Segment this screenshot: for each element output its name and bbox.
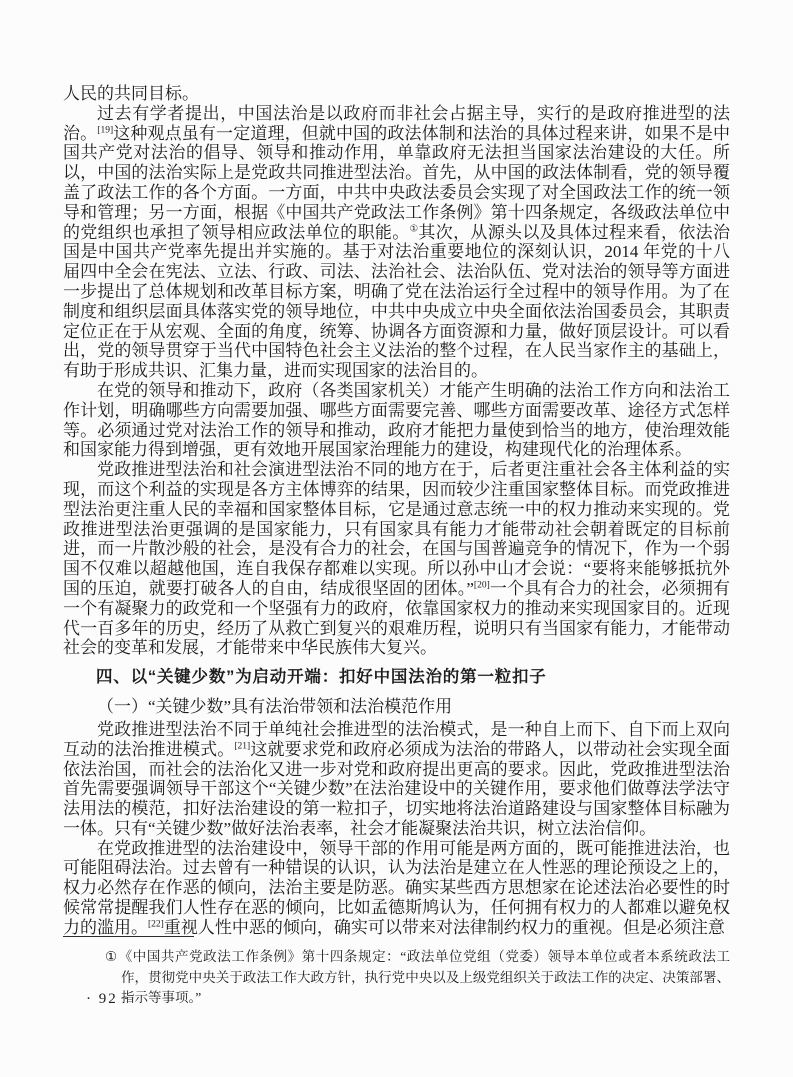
page-number: · 92 ·	[86, 991, 131, 1008]
footnote-area: ①《中国共产党政法工作条例》第十四条规定：“政法单位党组（党委）领导本单位或者本…	[63, 936, 730, 1009]
paragraph-continuation: 人民的共同目标。	[63, 84, 730, 104]
footnote-marker: ①	[105, 949, 118, 964]
paragraph: 党政推进型法治和社会演进型法治不同的地方在于，后者更注重社会各主体利益的实现，而…	[63, 460, 730, 658]
document-page: 人民的共同目标。 过去有学者提出，中国法治是以政府而非社会占据主导，实行的是政府…	[0, 0, 793, 1077]
section-heading: 四、以“关键少数”为启动开端：扣好中国法治的第一粒扣子	[63, 667, 730, 687]
paragraph: 在党的领导和推动下，政府（各类国家机关）才能产生明确的法治工作方向和法治工作计划…	[63, 381, 730, 460]
paragraph: 过去有学者提出，中国法治是以政府而非社会占据主导，实行的是政府推进型的法治。[1…	[63, 104, 730, 381]
paragraph: 在党政推进型的法治建设中，领导干部的作用可能是两方面的，既可能推进法治，也可能阻…	[63, 839, 730, 938]
footnote-ref: [21]	[234, 741, 250, 751]
footnote-ref: ①	[410, 224, 419, 234]
footnote-ref: [19]	[97, 125, 113, 135]
footnote: ①《中国共产党政法工作条例》第十四条规定：“政法单位党组（党委）领导本单位或者本…	[63, 947, 730, 1009]
footnote-ref: [20]	[474, 580, 490, 590]
paragraph: 党政推进型法治不同于单纯社会推进型的法治模式，是一种自上而下、自下而上双向互动的…	[63, 720, 730, 839]
footnote-ref: [22]	[148, 919, 164, 929]
footnote-text: 《中国共产党政法工作条例》第十四条规定：“政法单位党组（党委）领导本单位或者本系…	[119, 949, 730, 1005]
footnote-separator	[63, 936, 194, 937]
article-body: 人民的共同目标。 过去有学者提出，中国法治是以政府而非社会占据主导，实行的是政府…	[63, 84, 730, 938]
subsection-heading: （一）“关键少数”具有法治带领和法治模范作用	[63, 697, 730, 717]
